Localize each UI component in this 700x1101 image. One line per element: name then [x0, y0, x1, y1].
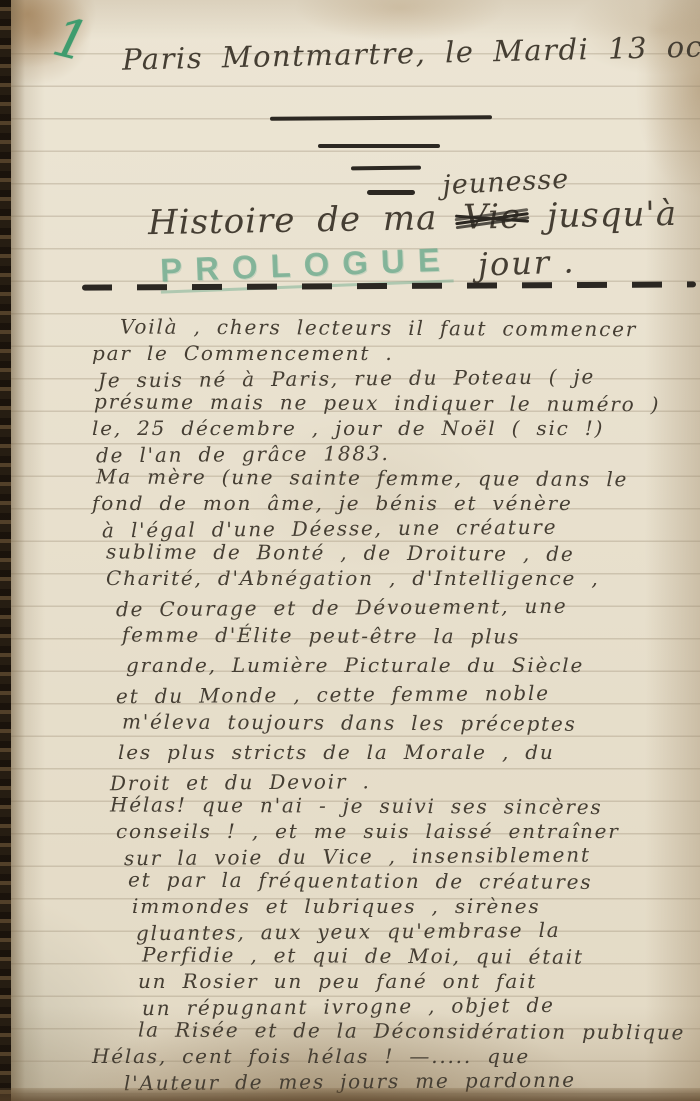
manuscript-line: Je suis né à Paris, rue du Poteau ( je — [98, 364, 698, 394]
manuscript-line: et par la fréquentation de créatures — [128, 868, 698, 896]
manuscript-line: le, 25 décembre , jour de Noël ( sic !) — [92, 416, 698, 441]
manuscript-line: de Courage et de Dévouement, une — [116, 593, 698, 623]
title-line-2: jour . — [477, 242, 576, 283]
binding-shadow — [11, 0, 25, 1101]
manuscript-line: un répugnant ivrogne , objet de — [142, 992, 698, 1021]
manuscript-line: les plus stricts de la Morale , du — [118, 740, 698, 765]
dateline: Paris Montmartre, le Mardi 13 octobre 19… — [122, 25, 700, 76]
manuscript-line: de l'an de grâce 1883. — [96, 439, 698, 469]
title-prefix: Histoire de ma — [148, 198, 460, 243]
page-number: 1 — [47, 5, 96, 74]
inserted-word: jeunesse — [442, 164, 570, 202]
manuscript-line: Ma mère (une sainte femme, que dans le — [96, 464, 698, 492]
manuscript-line: immondes et lubriques , sirènes — [132, 894, 698, 919]
manuscript-line: sur la voie du Vice , insensiblement — [124, 842, 698, 872]
manuscript-line: la Risée et de la Déconsidération publiq… — [138, 1018, 698, 1046]
manuscript-line: sublime de Bonté , de Droiture , de — [106, 539, 698, 567]
manuscript-line: et du Monde , cette femme noble — [116, 680, 698, 710]
manuscript-line: Droit et du Devoir . — [110, 767, 698, 797]
manuscript-line: par le Commencement . — [92, 341, 698, 366]
manuscript-body: Voilà , chers lecteurs il faut commencer… — [92, 316, 698, 1094]
manuscript-line: Voilà , chers lecteurs il faut commencer — [120, 314, 698, 342]
book-binding-edge — [0, 0, 11, 1101]
struck-word-text: Vie — [463, 197, 522, 238]
manuscript-line: grande, Lumière Picturale du Siècle — [126, 653, 698, 678]
ink-divider-line — [367, 190, 415, 195]
ink-divider-line — [351, 166, 421, 171]
title-line-1: Histoire de ma Viejeunesse jusqu'à ce — [148, 193, 700, 243]
manuscript-line: Hélas! que n'ai - je suivi ses sincères — [110, 792, 698, 820]
manuscript-line: à l'égal d'une Déesse, une créature — [102, 514, 698, 544]
ink-divider-line — [270, 115, 492, 121]
manuscript-line: fond de mon âme, je bénis et vénère — [92, 491, 698, 516]
manuscript-line: présume mais ne peux indiquer le numéro … — [94, 389, 698, 417]
ink-divider-line — [318, 144, 440, 148]
title-suffix: jusqu'à ce — [525, 193, 700, 237]
manuscript-line: Perfidie , et qui de Moi, qui était — [142, 943, 698, 971]
manuscript-line: Charité, d'Abnégation , d'Intelligence , — [106, 566, 698, 591]
manuscript-line: un Rosier un peu fané ont fait — [138, 969, 698, 994]
manuscript-line: m'éleva toujours dans les préceptes — [122, 709, 698, 737]
manuscript-line: Hélas, cent fois hélas ! —..... que — [92, 1044, 698, 1069]
manuscript-page: 1 Paris Montmartre, le Mardi 13 octobre … — [0, 0, 700, 1101]
struck-word: Viejeunesse — [459, 197, 526, 238]
manuscript-line: conseils ! , et me suis laissé entraîner — [116, 819, 698, 844]
manuscript-line: gluantes, aux yeux qu'embrase la — [136, 917, 698, 946]
page-bottom-edge — [0, 1088, 700, 1101]
manuscript-line: femme d'Élite peut-être la plus — [122, 622, 698, 650]
